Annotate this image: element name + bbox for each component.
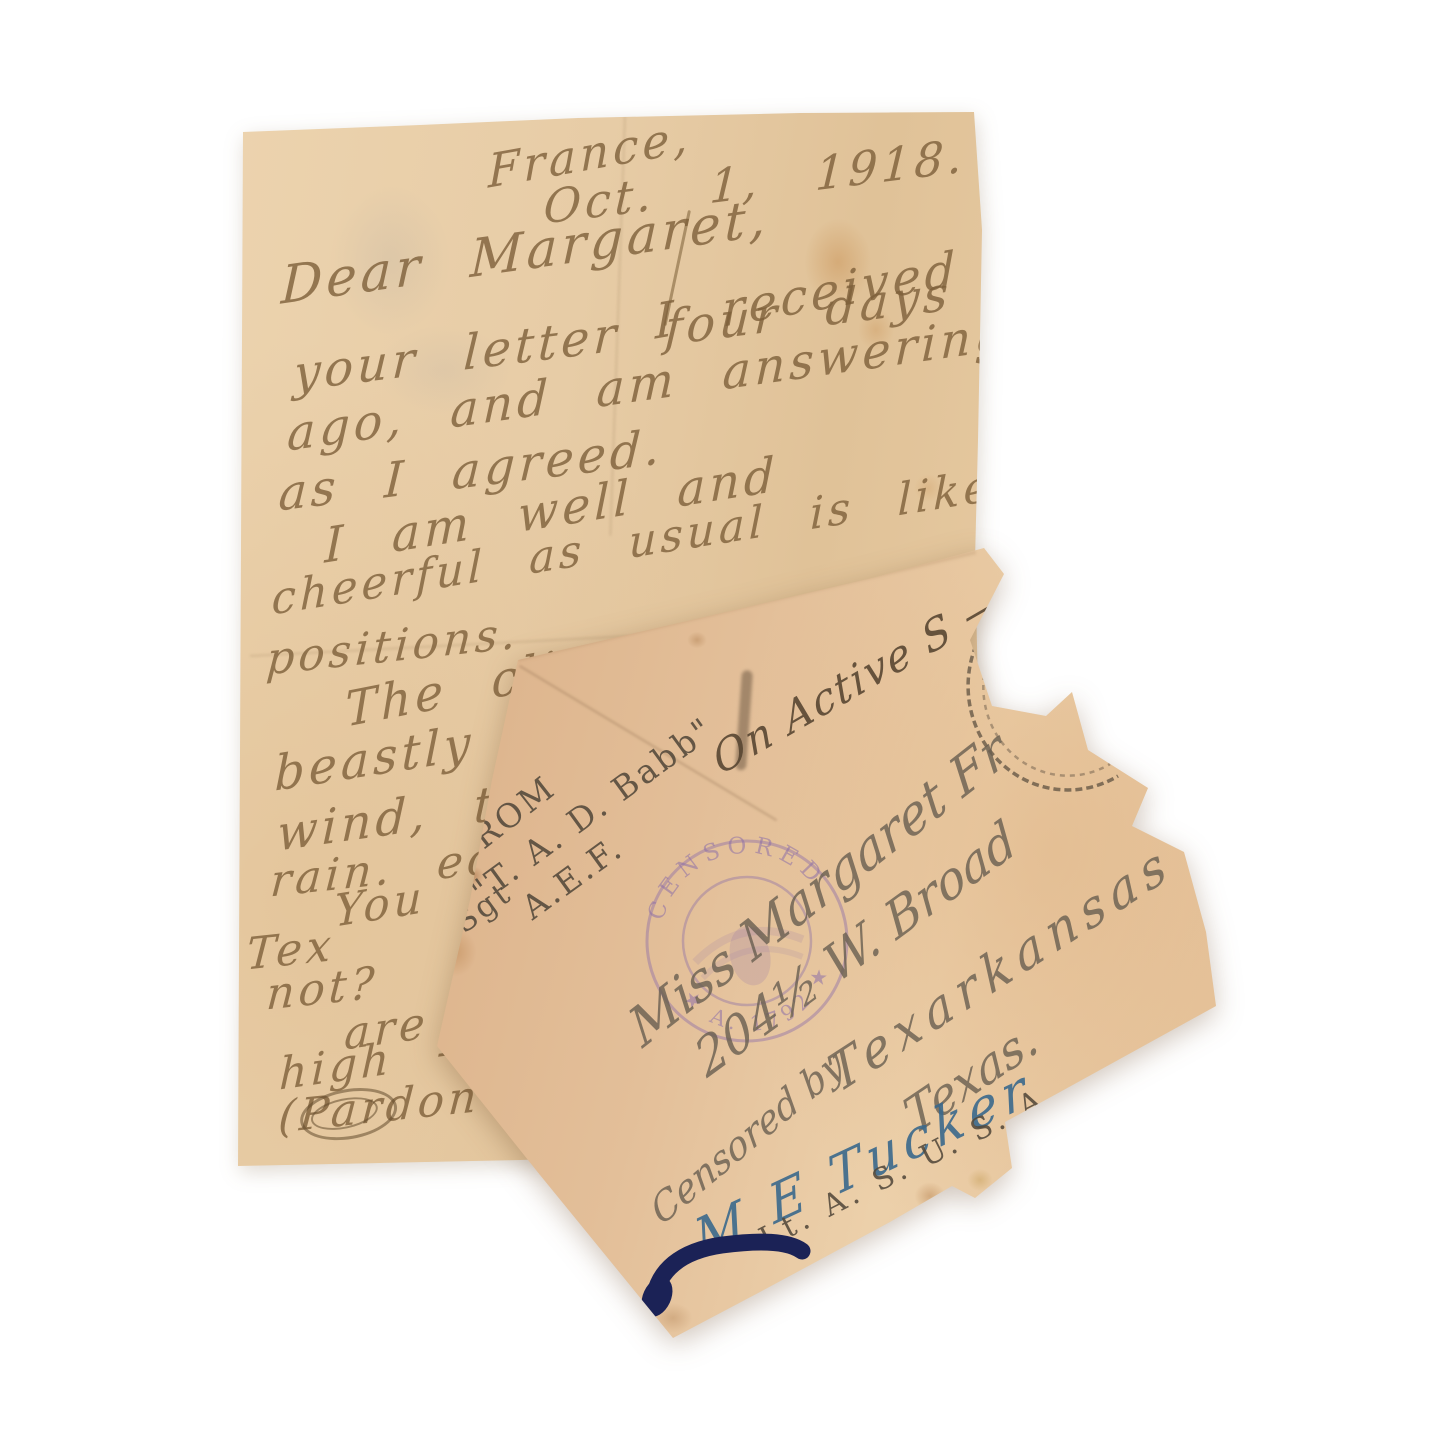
photo-canvas: { "scene": { "background_color": "#fffff… xyxy=(0,0,1445,1445)
envelope: CENSORED ★ A. 1792 ★ On Active S — FROM … xyxy=(437,548,1217,1348)
envelope-shadow-wrap: CENSORED ★ A. 1792 ★ On Active S — FROM … xyxy=(0,0,1445,1445)
ink-blot xyxy=(630,1213,830,1333)
